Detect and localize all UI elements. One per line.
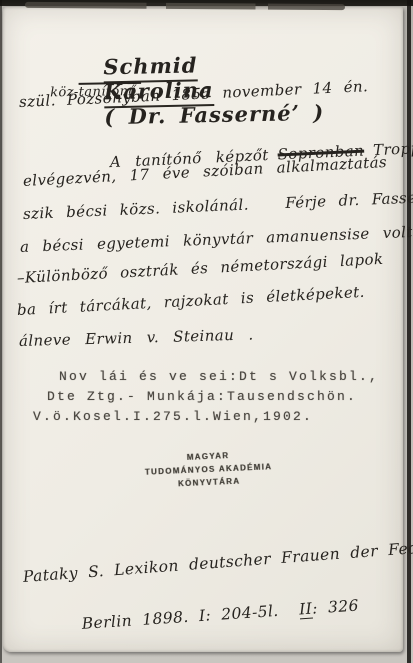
reference-line-2: Berlin 1898. I: 204-5l. II: 326 [18, 579, 360, 655]
scan-edge-smudge [25, 2, 345, 10]
typed-note-line: Dte Ztg.- Munkája:Tausendschön. [47, 387, 379, 407]
scan-frame-left [0, 0, 2, 663]
roman-numeral-ii: II [299, 600, 313, 620]
typed-note-line: V.ö.Kosel.I.275.l.Wien,1902. [33, 407, 379, 427]
reference-line-2-post: : 326 [312, 597, 360, 618]
typed-note-line: Nov lái és ve sei:Dt s Volksbl., [59, 367, 379, 387]
card-paper: Schmid Karolina ( Dr. Fasserné’ ) köz-ta… [3, 7, 403, 652]
bio-line-6: ba írt tárcákat, rajzokat is életképeket… [17, 283, 366, 319]
scan-frame-right [407, 0, 411, 663]
reference-line-2-pre: Berlin 1898. I: 204-5l. [81, 600, 300, 632]
scanned-card: Schmid Karolina ( Dr. Fasserné’ ) köz-ta… [0, 0, 413, 663]
bio-line-5: –Különböző osztrák és németországi lapok [17, 250, 384, 287]
library-stamp: MAGYAR TUDOMÁNYOS AKADÉMIA KÖNYVTÁRA [120, 446, 297, 493]
typed-note: Nov lái és ve sei:Dt s Volksbl., Dte Ztg… [33, 367, 379, 427]
bio-line-7: álneve Erwin v. Steinau . [19, 325, 254, 350]
bio-line-3: szik bécsi közs. iskolánál. Férje dr. Fa… [23, 188, 413, 223]
